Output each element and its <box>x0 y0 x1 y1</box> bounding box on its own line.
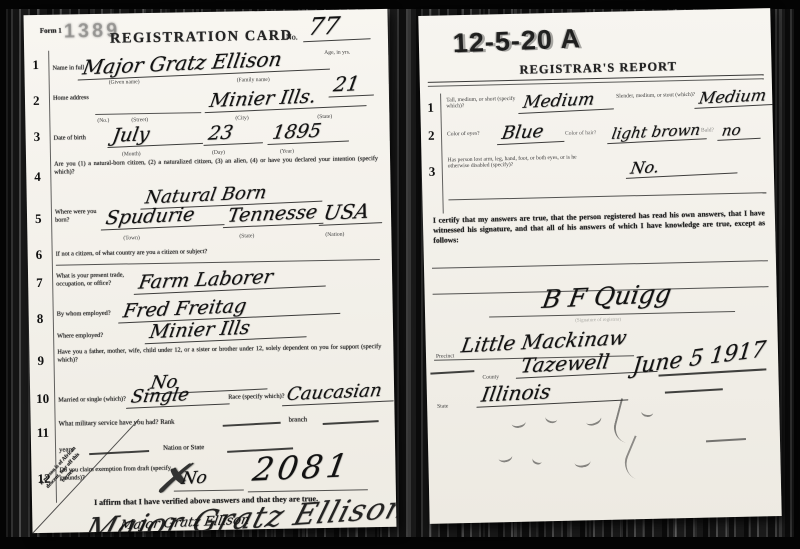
q3-sub-day: (Day) <box>212 150 225 156</box>
pen-dash <box>706 438 746 442</box>
q5-state-value: Tennesse <box>223 201 327 228</box>
q6-label: If not a citizen, of what country are yo… <box>56 246 336 259</box>
q8-label: By whom employed? <box>57 310 119 319</box>
q2-sub-no: (No.) <box>97 118 109 124</box>
serial-stamp-value: 2081 <box>250 446 354 488</box>
r2-hair-value: light brown <box>607 120 710 144</box>
pen-dash <box>323 420 379 425</box>
q5-town-value: Spudurie <box>101 202 228 230</box>
r1-number: 1 <box>427 100 434 116</box>
q2-blank-line <box>95 112 201 115</box>
registrars-report-card: 12-5-20 A REGISTRAR'S REPORT 1 Tall, med… <box>418 8 781 524</box>
q7-occupation-value: Farm Laborer <box>134 263 330 294</box>
r3-disabled-value: No. <box>626 153 741 179</box>
r2-eyes-value: Blue <box>497 120 568 145</box>
r2-eyes-label: Color of eyes? <box>447 131 480 138</box>
r1-build-value: Medium <box>694 85 775 109</box>
q9-label: Have you a father, mother, wife, child u… <box>57 343 381 365</box>
pen-dash <box>89 450 149 455</box>
pencil-scribble <box>497 451 513 464</box>
q3-month-value: July <box>107 121 206 148</box>
q4-number: 4 <box>34 169 41 185</box>
q7-label: What is your present trade, occupation, … <box>56 271 134 289</box>
serial-no-value: 77 <box>303 10 375 42</box>
q10-race-value: Caucasian <box>282 379 396 406</box>
r1-height-value: Medium <box>518 88 617 114</box>
report-title: REGISTRAR'S REPORT <box>519 58 677 78</box>
q3-year-value: 1895 <box>267 118 352 145</box>
pencil-scribble <box>584 412 603 428</box>
q11-nation-label: Nation or State <box>163 444 204 454</box>
q11-number: 11 <box>37 425 50 441</box>
q2-address-value: Minier Ills. <box>205 83 371 113</box>
q4-label: Are you (1) a natural-born citizen, (2) … <box>54 155 378 177</box>
blank-line-1 <box>432 260 768 269</box>
q5-sub-town: (Town) <box>123 235 139 241</box>
q2-label: Home address <box>53 94 89 103</box>
r2-bald-value: no <box>717 120 763 141</box>
pen-dash <box>430 370 474 375</box>
r1-label: Tall, medium, or short (specify which)? <box>446 96 518 110</box>
q5-sub-state: (State) <box>239 233 254 239</box>
signature-caption: (Signature of registrar) <box>575 318 621 324</box>
r2-bald-label: Bald? <box>701 127 714 133</box>
q12-line2 <box>248 489 368 492</box>
r3-blank-line <box>448 192 766 200</box>
card-title: REGISTRATION CARD <box>110 27 293 49</box>
certification-text: I certify that my answers are true, that… <box>433 208 766 245</box>
q10-label: Married or single (which)? <box>58 395 126 404</box>
r2-number: 2 <box>428 128 435 144</box>
q11-branch-label: branch <box>289 416 308 425</box>
pencil-scribble <box>641 406 654 417</box>
pencil-scribble <box>511 417 526 429</box>
q10-race-label: Race (specify which)? <box>228 393 284 402</box>
pencil-stroke <box>610 398 636 443</box>
form-number-label: Form 1 <box>40 27 62 36</box>
q6-blank-line <box>56 259 380 266</box>
q2-number: 2 <box>33 93 40 109</box>
pencil-scribble <box>544 412 558 424</box>
q9-number: 9 <box>37 353 44 369</box>
q1-number: 1 <box>32 57 39 73</box>
q1-name-value: Major Gratz Ellison <box>78 45 334 81</box>
q3-sub-year: (Year) <box>280 149 294 155</box>
report-grid-line <box>440 94 444 214</box>
q2-sub-street: (Street) <box>131 117 148 123</box>
q5-nation-value: USA <box>319 198 387 226</box>
pencil-scribble <box>574 455 591 468</box>
q5-number: 5 <box>35 211 42 227</box>
pen-dash <box>223 422 281 427</box>
pencil-scribble <box>531 454 544 466</box>
signature-line <box>489 311 735 318</box>
r3-number: 3 <box>429 164 436 180</box>
q3-sub-month: (Month) <box>122 151 141 157</box>
q8-number: 8 <box>37 311 44 327</box>
state-label: State <box>437 403 448 409</box>
r3-label: Has person lost arm, leg, hand, foot, or… <box>447 154 597 169</box>
q3-label: Date of birth <box>54 134 98 143</box>
r2-hair-label: Color of hair? <box>565 130 597 137</box>
q7-number: 7 <box>36 275 43 291</box>
q3-number: 3 <box>33 129 40 145</box>
microfilm-scan: Form 1 1389 REGISTRATION CARD No. 77 Age… <box>0 0 800 549</box>
q8-where-label: Where employed? <box>57 332 119 341</box>
county-label: County <box>482 374 499 380</box>
date-stamp: 12-5-20 A <box>452 23 581 59</box>
q10-number: 10 <box>36 391 49 407</box>
q3-day-value: 23 <box>204 120 267 146</box>
serial-no-label: No. <box>286 32 298 43</box>
q5-sub-nation: (Nation) <box>325 232 344 238</box>
q11-label: What military service have you had? Rank <box>59 419 175 430</box>
q10-married-value: Single <box>126 382 233 409</box>
q1-sub-given: (Given name) <box>109 79 140 86</box>
pen-dash <box>665 388 723 393</box>
r1-build-label: Slender, medium, or stout (which)? <box>616 92 698 100</box>
q5-label: Where were you born? <box>55 208 101 225</box>
q6-number: 6 <box>36 247 43 263</box>
registration-card: Form 1 1389 REGISTRATION CARD No. 77 Age… <box>24 9 397 533</box>
registrar-signature: B F Quigg <box>540 279 674 314</box>
q1-sub-family: (Family name) <box>237 77 270 84</box>
state-value: Illinois <box>476 375 632 407</box>
